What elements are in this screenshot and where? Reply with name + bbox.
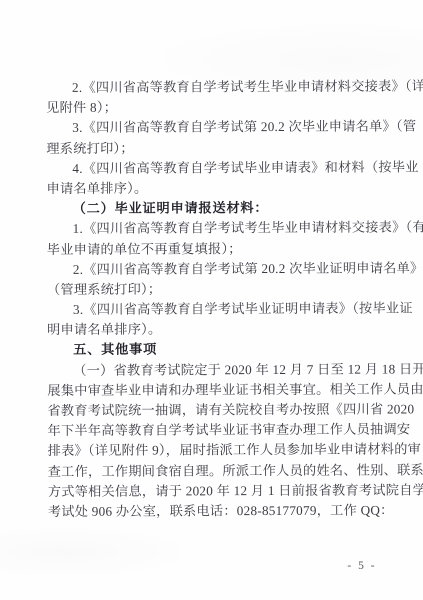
document-line: 方式等相关信息，请于 2020 年 12 月 1 日前报省教育考试院自学: [48, 480, 397, 502]
document-line: 查工作，工作期间食宿自理。所派工作人员的姓名、性别、联系: [48, 460, 397, 482]
document-line: （一）省教育考试院定于 2020 年 12 月 7 日至 12 月 18 日开: [47, 359, 396, 381]
document-body: 2.《四川省高等教育自学考试考生毕业申请材料交接表》（详 见附件 8）； 3.《…: [46, 76, 397, 522]
document-line: 明申请名单排序）。: [47, 319, 396, 341]
document-line: 排表》（详见附件 9），届时指派工作人员参加毕业申请材料的审: [48, 440, 397, 462]
section-heading: （二）毕业证明申请报送材料：: [47, 198, 396, 220]
document-line: 展集中审查毕业申请和办理毕业证书相关事宜。相关工作人员由: [47, 379, 396, 401]
document-line: 4.《四川省高等教育自学考试毕业申请表》和材料（按毕业: [46, 157, 395, 179]
page-number: - 5 -: [332, 560, 392, 572]
document-line: 申请名单排序）。: [46, 177, 395, 199]
document-line: 1.《四川省高等教育自学考试考生毕业申请材料交接表》（有: [47, 218, 396, 240]
document-line: 省教育考试院统一抽调，请有关院校自考办按照《四川省 2020: [47, 399, 396, 421]
document-line: 毕业申请的单位不再重复填报）；: [47, 238, 396, 260]
document-line: 2.《四川省高等教育自学考试第 20.2 次毕业证明申请名单》: [47, 258, 396, 280]
section-heading: 五、其他事项: [47, 339, 396, 361]
document-line: 理系统打印）；: [46, 137, 395, 159]
document-line: 3.《四川省高等教育自学考试第 20.2 次毕业申请名单》（管: [46, 117, 395, 139]
document-line: 3.《四川省高等教育自学考试毕业证明申请表》（按毕业证: [47, 299, 396, 321]
document-line: 年下半年高等教育自学考试毕业证书审查办理工作人员抽调安: [47, 420, 396, 442]
document-page: 2.《四川省高等教育自学考试考生毕业申请材料交接表》（详 见附件 8）； 3.《…: [0, 0, 423, 600]
document-line: （管理系统打印）；: [47, 278, 396, 300]
document-line: 考试处 906 办公室，联系电话：028-85177079，工作 QQ：: [48, 500, 397, 522]
document-line: 见附件 8）；: [46, 97, 395, 119]
document-line: 2.《四川省高等教育自学考试考生毕业申请材料交接表》（详: [46, 76, 395, 98]
